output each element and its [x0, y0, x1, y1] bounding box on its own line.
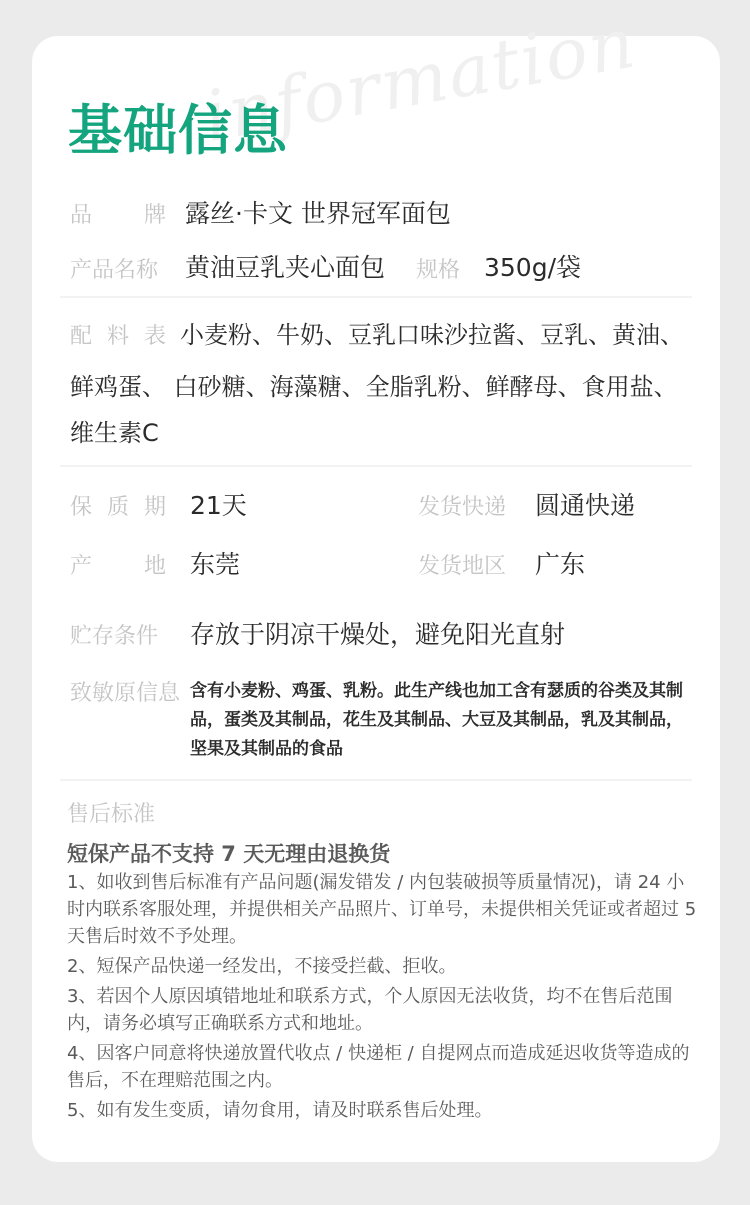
ingredients-label-char: 表 [144, 319, 166, 350]
ingredients-label: 配 料 表 [70, 319, 166, 350]
after-sales-list: 1、如收到售后标准有产品问题(漏发错发 / 内包装破损等质量情况)，请 24 小… [67, 869, 697, 1124]
storage-label: 贮存条件 [70, 619, 158, 650]
ingredients-line-2: 鲜鸡蛋、 白砂糖、海藻糖、全脂乳粉、鲜酵母、食用盐、 [70, 367, 678, 402]
after-sales-item: 5、如有发生变质，请勿食用，请及时联系售后处理。 [67, 1097, 697, 1124]
product-name-label: 产品名称 [70, 253, 158, 284]
divider [60, 779, 692, 781]
courier-value: 圆通快递 [535, 486, 635, 522]
origin-value: 东莞 [190, 545, 240, 581]
shelf-life-label: 保 质 期 [70, 490, 166, 521]
origin-label-char: 产 [70, 549, 92, 580]
after-sales-item: 2、短保产品快递一经发出，不接受拦截、拒收。 [67, 953, 697, 980]
ingredients-line-3: 维生素C [70, 413, 159, 448]
origin-label-char: 地 [144, 549, 166, 580]
spec-value: 350g/袋 [484, 248, 581, 284]
ingredients-line-1: 小麦粉、牛奶、豆乳口味沙拉酱、豆乳、黄油、 [180, 315, 684, 350]
brand-value: 露丝·卡文 世界冠军面包 [185, 194, 451, 230]
product-name-value: 黄油豆乳夹心面包 [185, 248, 385, 284]
allergen-label: 致敏原信息 [70, 676, 180, 707]
ship-region-value: 广东 [535, 545, 585, 581]
ingredients-label-char: 料 [107, 319, 129, 350]
after-sales-label: 售后标准 [67, 797, 155, 828]
divider [60, 296, 692, 298]
after-sales-item: 3、若因个人原因填错地址和联系方式，个人原因无法收货，均不在售后范围内，请务必填… [67, 983, 697, 1037]
ship-region-label: 发货地区 [418, 549, 506, 580]
ingredients-label-char: 配 [70, 319, 92, 350]
allergen-value: 含有小麦粉、鸡蛋、乳粉。此生产线也加工含有瑟质的谷类及其制品，蛋类及其制品，花生… [190, 677, 690, 764]
shelf-life-label-char: 期 [144, 490, 166, 521]
storage-value: 存放于阴凉干燥处，避免阳光直射 [190, 615, 565, 651]
brand-label: 品 牌 [70, 198, 166, 229]
info-card: information 基础信息 品 牌 露丝·卡文 世界冠军面包 产品名称 黄… [32, 36, 720, 1162]
after-sales-item: 4、因客户同意将快递放置代收点 / 快递柜 / 自提网点而造成延迟收货等造成的售… [67, 1040, 697, 1094]
courier-label: 发货快递 [418, 490, 506, 521]
origin-label: 产 地 [70, 549, 166, 580]
brand-label-char: 牌 [144, 198, 166, 229]
divider [60, 465, 692, 467]
shelf-life-value: 21天 [190, 486, 247, 522]
after-sales-item: 1、如收到售后标准有产品问题(漏发错发 / 内包装破损等质量情况)，请 24 小… [67, 869, 697, 950]
after-sales-headline: 短保产品不支持 7 天无理由退换货 [67, 838, 390, 868]
page-title: 基础信息 [68, 88, 288, 165]
shelf-life-label-char: 质 [107, 490, 129, 521]
spec-label: 规格 [416, 253, 460, 284]
shelf-life-label-char: 保 [70, 490, 92, 521]
brand-label-char: 品 [70, 198, 92, 229]
